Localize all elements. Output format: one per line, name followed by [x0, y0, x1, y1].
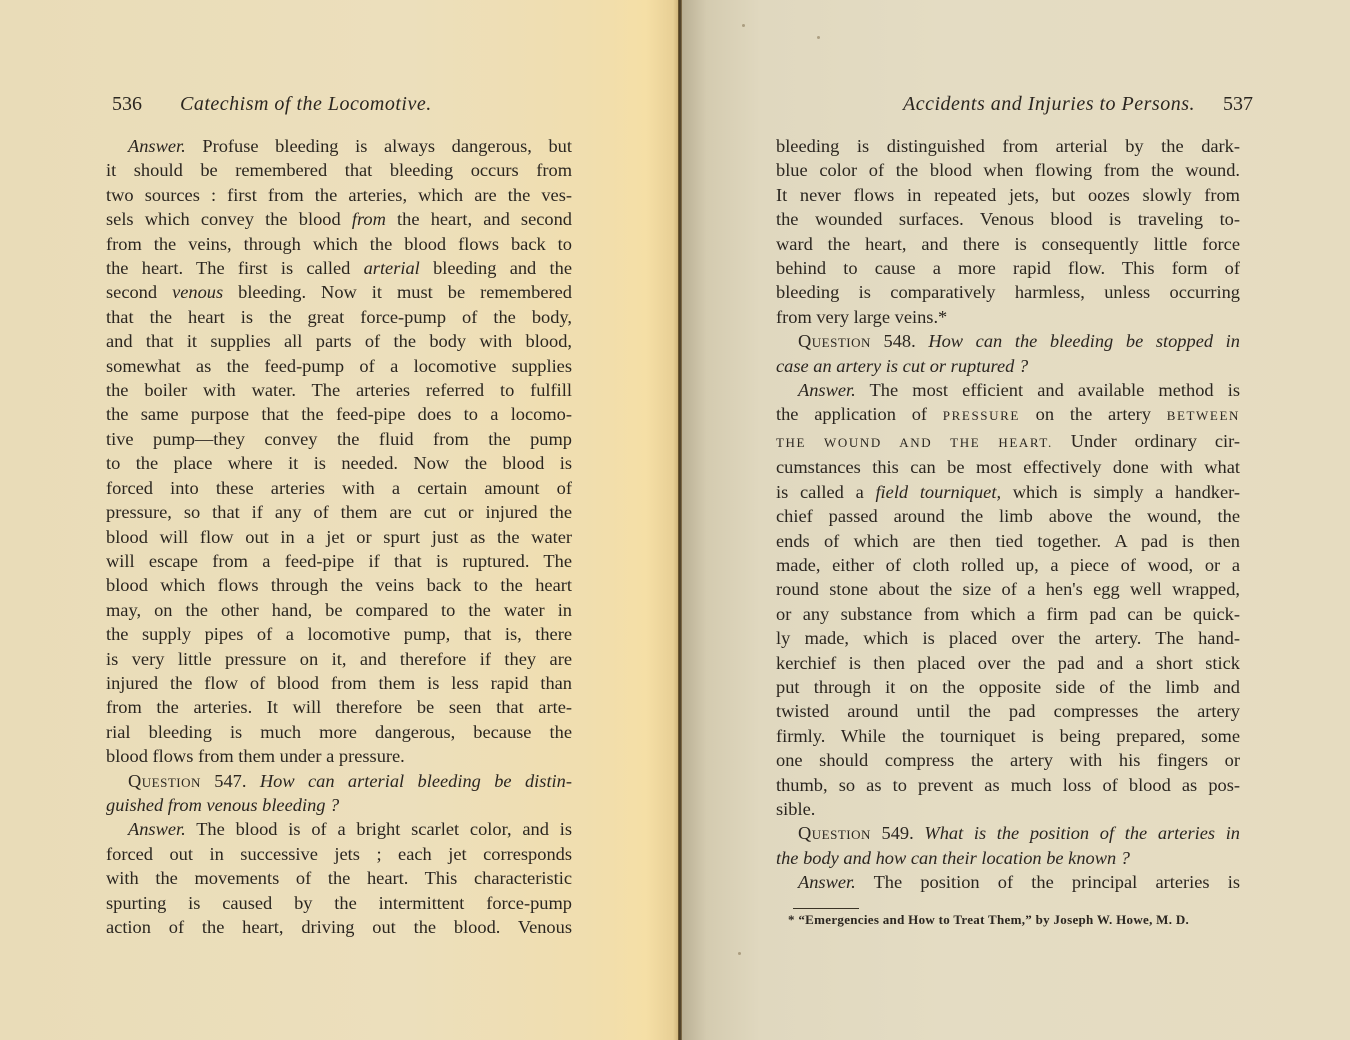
body-text: bleeding. Now it must be remembered — [223, 282, 572, 302]
left-page: 536Catechism of the Locomotive. Answer. … — [0, 0, 680, 1040]
body-text: injured the flow of blood from them is l… — [106, 673, 572, 693]
text-line: action of the heart, driving out the blo… — [106, 915, 572, 939]
italic-text: How can the bleeding be stopped in — [928, 331, 1240, 351]
book-spread: 536Catechism of the Locomotive. Answer. … — [0, 0, 1350, 1040]
text-line: will escape from a feed-pipe if that is … — [106, 549, 572, 573]
footnote-rule — [793, 908, 859, 909]
text-line: from very large veins.* — [776, 305, 1240, 329]
text-line: Answer. The most efficient and available… — [776, 378, 1240, 402]
text-line: tive pump—they convey the fluid from the… — [106, 427, 572, 451]
body-text: The position of the principal arteries i… — [856, 872, 1240, 892]
body-text: or any substance from which a firm pad c… — [776, 604, 1240, 624]
small-caps-text: PRESSURE — [943, 408, 1020, 423]
text-line: bleeding is distinguished from arterial … — [776, 134, 1240, 158]
italic-text: Answer. — [128, 819, 186, 839]
text-line: second venous bleeding. Now it must be r… — [106, 280, 572, 304]
body-text: The blood is of a bright scarlet color, … — [186, 819, 572, 839]
left-running-head-title: Catechism of the Locomotive. — [180, 93, 432, 115]
body-text: blood flows from them under a pressure. — [106, 746, 405, 766]
text-line: chief passed around the limb above the w… — [776, 504, 1240, 528]
text-line: put through it on the opposite side of t… — [776, 675, 1240, 699]
body-text: made, either of cloth rolled up, a piece… — [776, 555, 1240, 575]
body-text: forced into these arteries with a certai… — [106, 478, 572, 498]
italic-text: Answer. — [798, 380, 856, 400]
text-line: the same purpose that the feed-pipe does… — [106, 402, 572, 426]
text-line: It never flows in repeated jets, but ooz… — [776, 183, 1240, 207]
body-text: bleeding is distinguished from arterial … — [776, 136, 1240, 156]
body-text: the same purpose that the feed-pipe does… — [106, 404, 572, 424]
text-line: made, either of cloth rolled up, a piece… — [776, 553, 1240, 577]
text-line: the heart. The first is called arterial … — [106, 256, 572, 280]
right-running-head: Accidents and Injuries to Persons.537 — [843, 90, 1253, 118]
right-body-text: bleeding is distinguished from arterial … — [776, 134, 1240, 895]
body-text: firmly. While the tourniquet is being pr… — [776, 726, 1240, 746]
text-line: injured the flow of blood from them is l… — [106, 671, 572, 695]
body-text: one should compress the artery with his … — [776, 750, 1240, 770]
body-text: blue color of the blood when flowing fro… — [776, 160, 1240, 180]
text-line: the supply pipes of a locomotive pump, t… — [106, 622, 572, 646]
text-line: behind to cause a more rapid flow. This … — [776, 256, 1240, 280]
text-line: that the heart is the great force-pump o… — [106, 305, 572, 329]
right-page: Accidents and Injuries to Persons.537 bl… — [680, 0, 1350, 1040]
italic-text: guished from venous bleeding ? — [106, 795, 339, 815]
body-text: the supply pipes of a locomotive pump, t… — [106, 624, 572, 644]
body-text: pressure, so that if any of them are cut… — [106, 502, 572, 522]
italic-text: the body and how can their location be k… — [776, 848, 1130, 868]
body-text: second — [106, 282, 172, 302]
text-line: blood which flows through the veins back… — [106, 573, 572, 597]
body-text: bleeding and the — [420, 258, 572, 278]
body-text: the heart. The first is called — [106, 258, 364, 278]
body-text: cumstances this can be most effectively … — [776, 457, 1240, 477]
left-running-head: 536Catechism of the Locomotive. — [112, 90, 572, 118]
text-line: Answer. The position of the principal ar… — [776, 870, 1240, 894]
italic-text: What is the position of the arteries in — [924, 823, 1240, 843]
body-text: bleeding is comparatively harmless, unle… — [776, 282, 1240, 302]
body-text: rial bleeding is much more dangerous, be… — [106, 722, 572, 742]
italic-text: from — [352, 209, 386, 229]
italic-text: field tourniquet, — [875, 482, 1001, 502]
text-line: is called a field tourniquet, which is s… — [776, 480, 1240, 504]
text-line: sels which convey the blood from the hea… — [106, 207, 572, 231]
text-line: blue color of the blood when flowing fro… — [776, 158, 1240, 182]
small-caps-text: THE WOUND AND THE HEART. — [776, 435, 1053, 450]
body-text: will escape from a feed-pipe if that is … — [106, 551, 572, 571]
body-text: from the veins, through which the blood … — [106, 234, 572, 254]
text-line: Answer. Profuse bleeding is always dange… — [106, 134, 572, 158]
body-text: twisted around until the pad compresses … — [776, 701, 1240, 721]
italic-text: case an artery is cut or ruptured ? — [776, 356, 1028, 376]
text-line: rial bleeding is much more dangerous, be… — [106, 720, 572, 744]
text-line: and that it supplies all parts of the bo… — [106, 329, 572, 353]
text-line: forced out in successive jets ; each jet… — [106, 842, 572, 866]
body-text: is called a — [776, 482, 875, 502]
text-line: cumstances this can be most effectively … — [776, 455, 1240, 479]
text-line: Question 548. How can the bleeding be st… — [776, 329, 1240, 353]
footnote: * “Emergencies and How to Treat Them,” b… — [788, 913, 1240, 927]
body-text: it should be remembered that bleeding oc… — [106, 160, 572, 180]
text-line: it should be remembered that bleeding oc… — [106, 158, 572, 182]
text-line: the wounded surfaces. Venous blood is tr… — [776, 207, 1240, 231]
body-text: put through it on the opposite side of t… — [776, 677, 1240, 697]
text-line: the boiler with water. The arteries refe… — [106, 378, 572, 402]
text-line: pressure, so that if any of them are cut… — [106, 500, 572, 524]
body-text: round stone about the size of a hen's eg… — [776, 579, 1240, 599]
text-line: twisted around until the pad compresses … — [776, 699, 1240, 723]
italic-text: venous — [172, 282, 223, 302]
text-line: THE WOUND AND THE HEART. Under ordinary … — [776, 429, 1240, 455]
small-caps-text: Question — [128, 771, 201, 791]
text-line: the body and how can their location be k… — [776, 846, 1240, 870]
text-line: may, on the other hand, be compared to t… — [106, 598, 572, 622]
body-text: The most efficient and available method … — [856, 380, 1240, 400]
text-line: case an artery is cut or ruptured ? — [776, 354, 1240, 378]
text-line: guished from venous bleeding ? — [106, 793, 572, 817]
body-text: which is simply a handker- — [1001, 482, 1240, 502]
text-line: one should compress the artery with his … — [776, 748, 1240, 772]
body-text: on the artery — [1020, 404, 1167, 424]
body-text: ward the heart, and there is consequentl… — [776, 234, 1240, 254]
left-body-text: Answer. Profuse bleeding is always dange… — [106, 134, 572, 939]
body-text: forced out in successive jets ; each jet… — [106, 844, 572, 864]
body-text: the boiler with water. The arteries refe… — [106, 380, 572, 400]
text-line: blood will flow out in a jet or spurt ju… — [106, 525, 572, 549]
body-text: Under ordinary cir- — [1053, 431, 1240, 451]
body-text: and that it supplies all parts of the bo… — [106, 331, 572, 351]
body-text: blood will flow out in a jet or spurt ju… — [106, 527, 572, 547]
body-text: to the place where it is needed. Now the… — [106, 453, 572, 473]
body-text: action of the heart, driving out the blo… — [106, 917, 572, 937]
body-text: Profuse bleeding is always dangerous, bu… — [186, 136, 572, 156]
body-text: two sources : first from the arteries, w… — [106, 185, 572, 205]
text-line: bleeding is comparatively harmless, unle… — [776, 280, 1240, 304]
text-line: Answer. The blood is of a bright scarlet… — [106, 817, 572, 841]
text-line: round stone about the size of a hen's eg… — [776, 577, 1240, 601]
body-text: 548. — [871, 331, 928, 351]
text-line: sible. — [776, 797, 1240, 821]
body-text: sels which convey the blood — [106, 209, 352, 229]
small-caps-text: Question — [798, 823, 871, 843]
text-line: somewhat as the feed-pump of a locomotiv… — [106, 354, 572, 378]
body-text: somewhat as the feed-pump of a locomotiv… — [106, 356, 572, 376]
small-caps-text: BETWEEN — [1167, 408, 1240, 423]
body-text: It never flows in repeated jets, but ooz… — [776, 185, 1240, 205]
body-text: the application of — [776, 404, 943, 424]
text-line: from the arteries. It will therefore be … — [106, 695, 572, 719]
body-text: the wounded surfaces. Venous blood is tr… — [776, 209, 1240, 229]
body-text: ly made, which is placed over the artery… — [776, 628, 1240, 648]
body-text: that the heart is the great force-pump o… — [106, 307, 572, 327]
body-text: may, on the other hand, be compared to t… — [106, 600, 572, 620]
body-text: spurting is caused by the intermittent f… — [106, 893, 572, 913]
body-text: ends of which are then tied together. A … — [776, 531, 1240, 551]
small-caps-text: Question — [798, 331, 871, 351]
text-line: ward the heart, and there is consequentl… — [776, 232, 1240, 256]
text-line: is very little pressure on it, and there… — [106, 647, 572, 671]
text-line: thumb, so as to prevent as much loss of … — [776, 773, 1240, 797]
book-gutter — [678, 0, 682, 1040]
right-running-head-title: Accidents and Injuries to Persons. — [903, 93, 1195, 115]
text-line: Question 549. What is the position of th… — [776, 821, 1240, 845]
text-line: blood flows from them under a pressure. — [106, 744, 572, 768]
body-text: chief passed around the limb above the w… — [776, 506, 1240, 526]
italic-text: Answer. — [128, 136, 186, 156]
text-line: to the place where it is needed. Now the… — [106, 451, 572, 475]
text-line: kerchief is then placed over the pad and… — [776, 651, 1240, 675]
body-text: 547. — [201, 771, 260, 791]
text-line: ly made, which is placed over the artery… — [776, 626, 1240, 650]
body-text: from the arteries. It will therefore be … — [106, 697, 572, 717]
text-line: or any substance from which a firm pad c… — [776, 602, 1240, 626]
right-page-number: 537 — [1223, 93, 1253, 115]
body-text: from very large veins.* — [776, 307, 947, 327]
paper-fleck — [738, 952, 741, 955]
italic-text: Answer. — [798, 872, 856, 892]
text-line: ends of which are then tied together. A … — [776, 529, 1240, 553]
body-text: thumb, so as to prevent as much loss of … — [776, 775, 1240, 795]
text-line: spurting is caused by the intermittent f… — [106, 891, 572, 915]
left-page-number: 536 — [112, 93, 142, 115]
body-text: sible. — [776, 799, 815, 819]
body-text: kerchief is then placed over the pad and… — [776, 653, 1240, 673]
paper-fleck — [817, 36, 820, 39]
text-line: two sources : first from the arteries, w… — [106, 183, 572, 207]
body-text: with the movements of the heart. This ch… — [106, 868, 572, 888]
body-text: blood which flows through the veins back… — [106, 575, 572, 595]
italic-text: How can arterial bleeding be distin- — [260, 771, 572, 791]
italic-text: arterial — [364, 258, 420, 278]
text-line: Question 547. How can arterial bleeding … — [106, 769, 572, 793]
text-line: the application of PRESSURE on the arter… — [776, 402, 1240, 428]
body-text: behind to cause a more rapid flow. This … — [776, 258, 1240, 278]
text-line: firmly. While the tourniquet is being pr… — [776, 724, 1240, 748]
body-text: tive pump—they convey the fluid from the… — [106, 429, 572, 449]
body-text: is very little pressure on it, and there… — [106, 649, 572, 669]
text-line: forced into these arteries with a certai… — [106, 476, 572, 500]
body-text: the heart, and second — [386, 209, 572, 229]
text-line: with the movements of the heart. This ch… — [106, 866, 572, 890]
text-line: from the veins, through which the blood … — [106, 232, 572, 256]
paper-fleck — [742, 24, 745, 27]
body-text: 549. — [871, 823, 924, 843]
